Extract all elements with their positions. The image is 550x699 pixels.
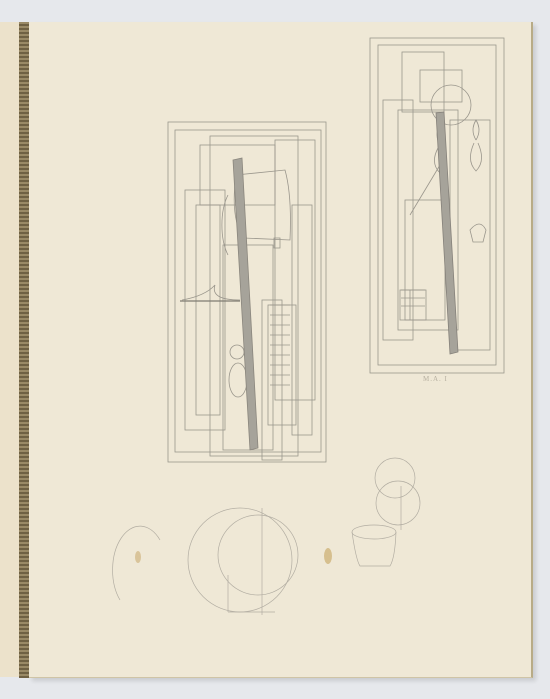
pencil-sketches [0, 0, 550, 699]
pencil-annotation: M.A. I [423, 375, 448, 383]
paper-stain [324, 548, 332, 564]
right-cubist-composition [370, 38, 504, 373]
left-cubist-composition [168, 122, 326, 462]
circle-studies [113, 458, 420, 615]
paper-stain [135, 551, 141, 563]
